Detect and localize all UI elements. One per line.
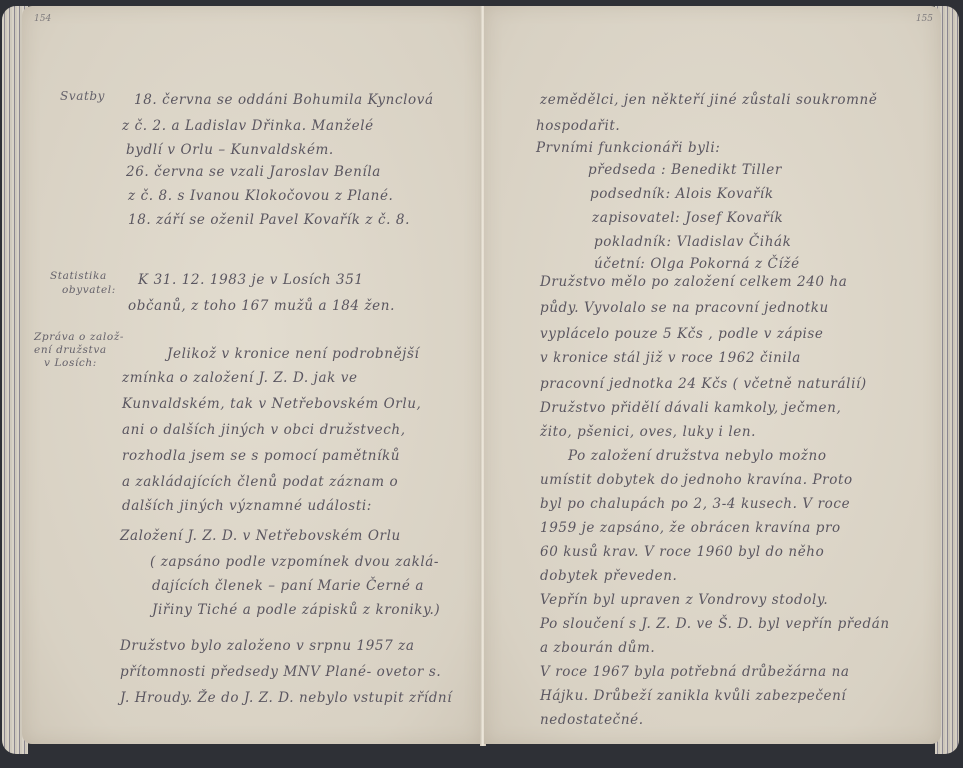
text-line: přítomnosti předsedy MNV Plané- ovetor s… bbox=[120, 662, 441, 682]
text-line: bydlí v Orlu – Kunvaldském. bbox=[126, 140, 334, 160]
text-line: 60 kusů krav. V roce 1960 byl do něho bbox=[540, 542, 824, 562]
text-line: půdy. Vyvolalo se na pracovní jednotku bbox=[540, 298, 829, 318]
text-line: 1959 je zapsáno, že obrácen kravína pro bbox=[540, 518, 841, 538]
text-line: dobytek převeden. bbox=[540, 566, 677, 586]
text-line: Družstvo přidělí dávali kamkoly, ječmen, bbox=[540, 398, 841, 418]
margin-note-weddings: Svatby bbox=[60, 90, 105, 103]
text-line: V roce 1967 byla potřebná drůbežárna na bbox=[540, 662, 850, 682]
text-line: a zakládajících členů podat záznam o bbox=[122, 472, 398, 492]
text-line: Jelikož v kronice není podrobnější bbox=[167, 344, 419, 364]
text-line: nedostatečné. bbox=[540, 710, 644, 730]
text-line: Po sloučení s J. Z. D. ve Š. D. byl vepř… bbox=[540, 614, 890, 634]
text-line: Kunvaldském, tak v Netřebovském Orlu, bbox=[122, 394, 421, 414]
text-line: Družstvo bylo založeno v srpnu 1957 za bbox=[120, 636, 415, 656]
margin-note-history-3: v Losích: bbox=[44, 357, 97, 370]
text-line: z č. 8. s Ivanou Klokočovou z Plané. bbox=[128, 186, 393, 206]
text-line: podsedník: Alois Kovařík bbox=[590, 184, 774, 204]
text-line: rozhodla jsem se s pomocí pamětníků bbox=[122, 446, 400, 466]
text-line: žito, pšenici, oves, luky i len. bbox=[540, 422, 756, 442]
text-line: Hájku. Drůbeží zanikla kvůli zabezpečení bbox=[540, 686, 846, 706]
text-line: J. Hroudy. Že do J. Z. D. nebylo vstupit… bbox=[120, 688, 452, 708]
text-line: Družstvo mělo po založení celkem 240 ha bbox=[540, 272, 847, 292]
text-line: zemědělci, jen někteří jiné zůstali souk… bbox=[540, 90, 877, 110]
text-line: Vepřín byl upraven z Vondrovy stodoly. bbox=[540, 590, 828, 610]
margin-note-statistics-1: Statistika bbox=[50, 270, 107, 283]
text-line: Prvními funkcionáři byli: bbox=[536, 138, 720, 158]
text-line: ( zapsáno podle vzpomínek dvou zaklá- bbox=[150, 552, 439, 572]
margin-note-history-2: ení družstva bbox=[34, 344, 107, 357]
left-page: 154 Svatby Statistika obyvatel: Zpráva o… bbox=[22, 6, 482, 744]
text-line: pracovní jednotka 24 Kčs ( včetně naturá… bbox=[540, 374, 867, 394]
text-line: ani o dalších jiných v obci družstvech, bbox=[122, 420, 406, 440]
text-line: Založení J. Z. D. v Netřebovském Orlu bbox=[120, 526, 401, 546]
text-line: Jiřiny Tiché a podle zápisků z kroniky.) bbox=[152, 600, 440, 620]
text-line: dalších jiných významné události: bbox=[122, 496, 372, 516]
text-line: účetní: Olga Pokorná z Čížé bbox=[594, 254, 800, 274]
text-line: dajících členek – paní Marie Černé a bbox=[152, 576, 424, 596]
text-line: pokladník: Vladislav Čihák bbox=[594, 232, 791, 252]
text-line: K 31. 12. 1983 je v Losích 351 bbox=[138, 270, 364, 290]
text-line: 18. září se oženil Pavel Kovařík z č. 8. bbox=[128, 210, 410, 230]
text-line: Po založení družstva nebylo možno bbox=[568, 446, 827, 466]
right-page: 155 zemědělci, jen někteří jiné zůstali … bbox=[484, 6, 941, 744]
margin-note-history-1: Zpráva o založ- bbox=[34, 331, 124, 344]
text-line: 18. června se oddáni Bohumila Kynclová bbox=[134, 90, 434, 110]
text-line: v kronice stál již v roce 1962 činila bbox=[540, 348, 801, 368]
margin-note-statistics-2: obyvatel: bbox=[62, 284, 116, 297]
text-line: byl po chalupách po 2, 3-4 kusech. V roc… bbox=[540, 494, 850, 514]
text-line: vyplácelo pouze 5 Kčs , podle v zápise bbox=[540, 324, 824, 344]
page-number-left: 154 bbox=[34, 14, 51, 24]
text-line: zapisovatel: Josef Kovařík bbox=[592, 208, 783, 228]
text-line: a zbourán dům. bbox=[540, 638, 655, 658]
page-number-right: 155 bbox=[916, 14, 933, 24]
text-line: občanů, z toho 167 mužů a 184 žen. bbox=[128, 296, 395, 316]
text-line: 26. června se vzali Jaroslav Beníla bbox=[126, 162, 381, 182]
text-line: umístit dobytek do jednoho kravína. Prot… bbox=[540, 470, 853, 490]
text-line: hospodařit. bbox=[536, 116, 620, 136]
text-line: předseda : Benedikt Tiller bbox=[588, 160, 782, 180]
text-line: zmínka o založení J. Z. D. jak ve bbox=[122, 368, 358, 388]
text-line: z č. 2. a Ladislav Dřinka. Manželé bbox=[122, 116, 374, 136]
book-scan: 154 Svatby Statistika obyvatel: Zpráva o… bbox=[0, 0, 963, 768]
